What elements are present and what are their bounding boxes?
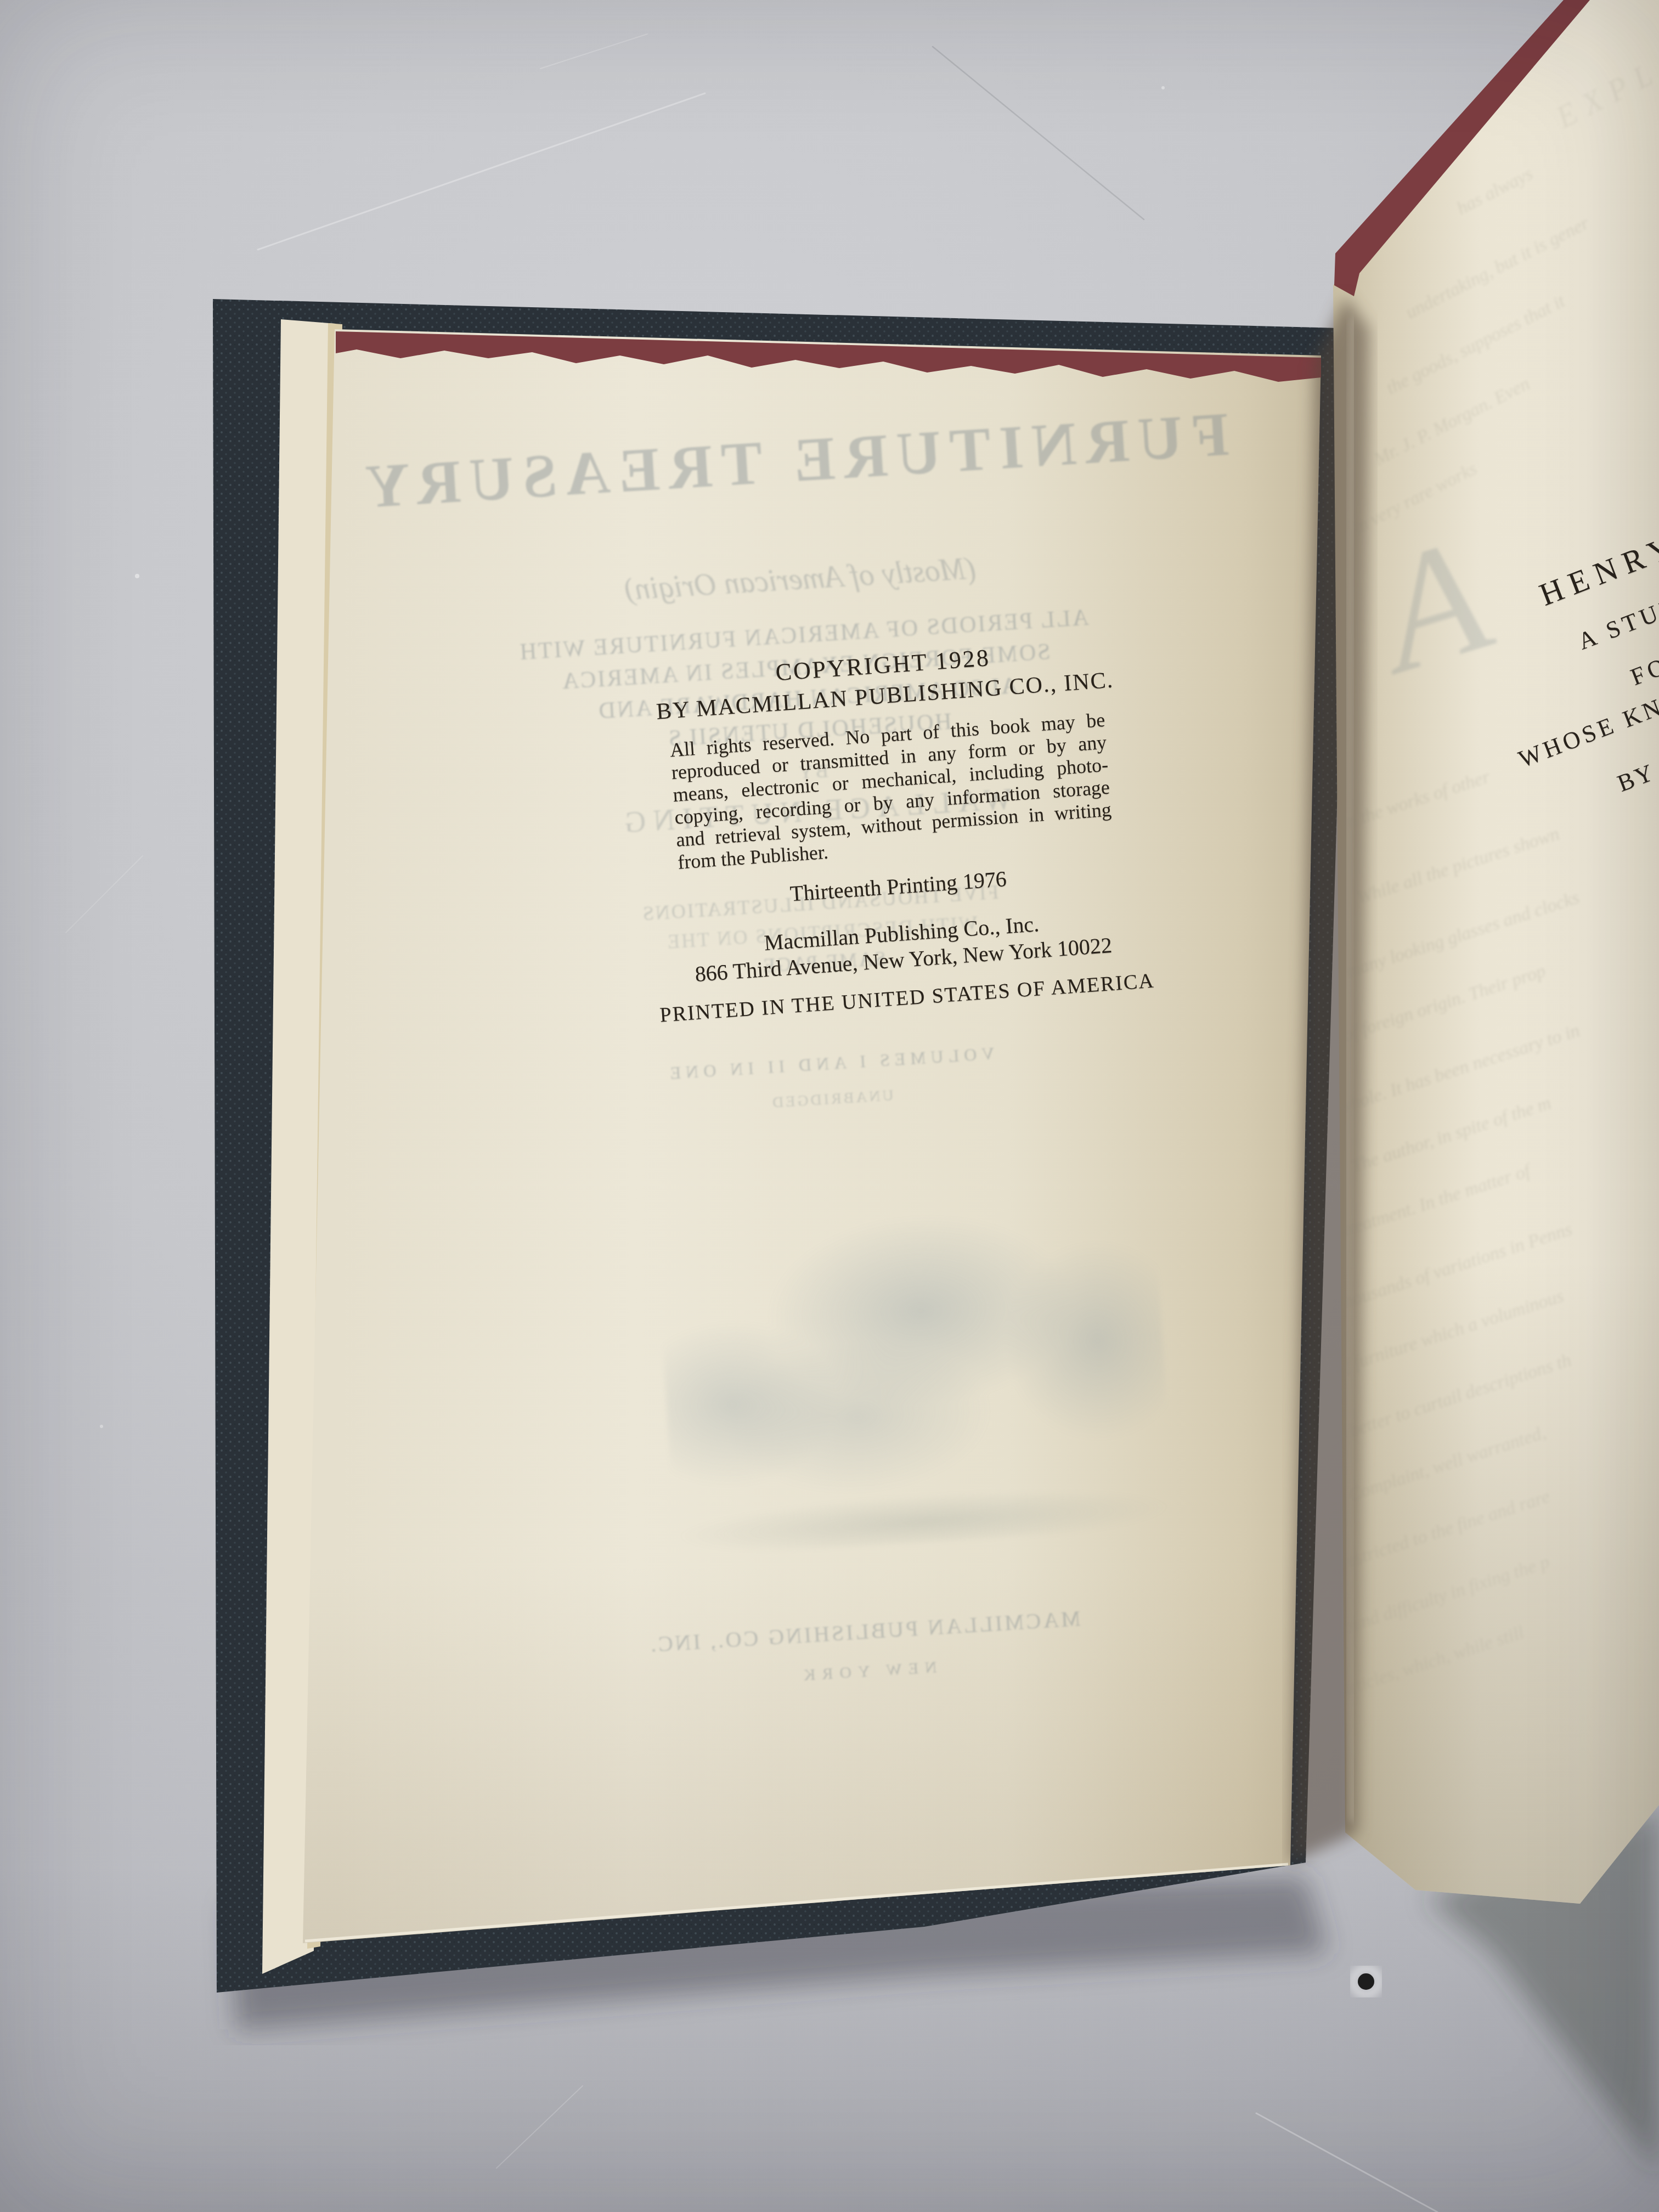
showthrough-imprint: MACMILLAN PUBLISHING CO., INC.	[374, 1589, 1356, 1674]
copyright-text-block: COPYRIGHT 1928 BY MACMILLAN PUBLISHING C…	[634, 614, 1154, 1042]
photo-scene: FURNITURE TREASURY (Mostly of American O…	[0, 0, 1659, 2212]
title-page-showthrough: FURNITURE TREASURY (Mostly of American O…	[300, 377, 1363, 1796]
tree-illustration-showthrough	[655, 1187, 1174, 1557]
table-speck	[1358, 1973, 1374, 1990]
